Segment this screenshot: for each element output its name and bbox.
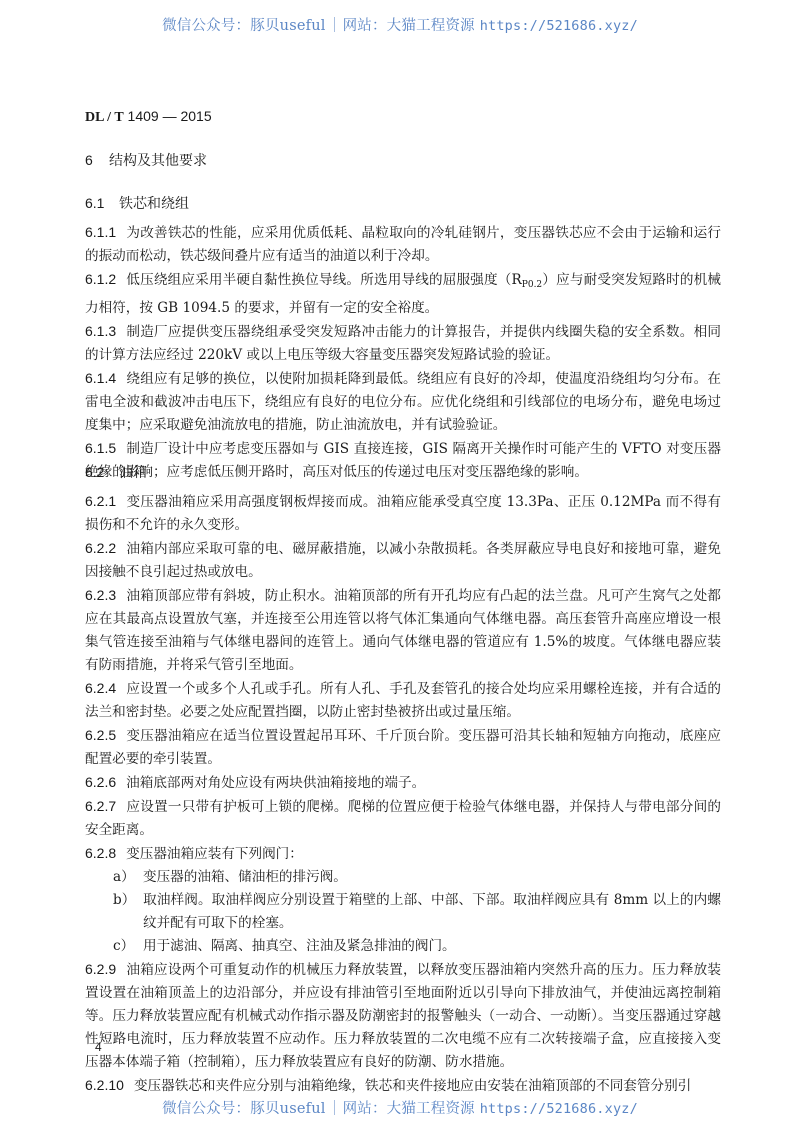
clause-6-2-8: 6.2.8变压器油箱应装有下列阀门： <box>85 842 721 866</box>
section-heading-6-2: 6.2油箱 <box>85 462 147 482</box>
watermark-url: https://521686.xyz/ <box>480 18 638 34</box>
section-title: 结构及其他要求 <box>109 153 207 169</box>
watermark-wechat: 微信公众号：豚贝useful <box>162 18 326 34</box>
document-code-number: 1409 — 2015 <box>128 108 212 124</box>
section-title: 铁芯和绕组 <box>119 196 189 212</box>
clause-text: 油箱底部两对角处应设有两块供油箱接地的端子。 <box>126 775 425 791</box>
clause-text: 油箱应设两个可重复动作的机械压力释放装置，以释放变压器油箱内突然升高的压力。压力… <box>85 962 721 1070</box>
watermark-top: 微信公众号：豚贝useful网站：大猫工程资源 https://521686.x… <box>0 14 800 35</box>
watermark-url: https://521686.xyz/ <box>480 1101 638 1117</box>
clause-number: 6.1.2 <box>85 271 116 287</box>
clause-subscript: P0.2 <box>522 280 542 290</box>
watermark-divider <box>334 1100 335 1115</box>
clause-text: 应设置一个或多个人孔或手孔。所有人孔、手孔及套管孔的接合处均应采用螺栓连接，并有… <box>85 681 721 720</box>
list-item-text: 用于滤油、隔离、抽真空、注油及紧急排油的阀门。 <box>143 938 456 954</box>
clause-number: 6.2.3 <box>85 587 116 603</box>
clause-number: 6.2.2 <box>85 540 116 556</box>
clause-text: 应设置一只带有护板可上锁的爬梯。爬梯的位置应便于检验气体继电器，并保持人与带电部… <box>85 799 721 838</box>
clause-number: 6.2.9 <box>85 961 116 977</box>
clause-number: 6.1.4 <box>85 370 116 386</box>
list-item-b: b）取油样阀。取油样阀应分别设置于箱壁的上部、中部、下部。取油样阀应具有 8mm… <box>85 889 721 935</box>
clause-number: 6.1.5 <box>85 440 116 456</box>
page-number: 4 <box>95 1040 102 1054</box>
clause-text: 制造厂应提供变压器绕组承受突发短路冲击能力的计算报告，并提供内线圈失稳的安全系数… <box>85 324 721 363</box>
section-heading-6-1: 6.1铁芯和绕组 <box>85 193 189 213</box>
watermark-divider <box>334 17 335 32</box>
clause-text: 制造厂设计中应考虑变压器如与 GIS 直接连接，GIS 隔离开关操作时可能产生的… <box>85 441 721 480</box>
section-number: 6.1 <box>85 195 113 211</box>
list-marker: a） <box>113 866 143 889</box>
clause-6-1-5: 6.1.5制造厂设计中应考虑变压器如与 GIS 直接连接，GIS 隔离开关操作时… <box>85 437 721 484</box>
clause-number: 6.2.6 <box>85 774 116 790</box>
list-marker: b） <box>113 889 143 912</box>
clause-number: 6.1.3 <box>85 323 116 339</box>
clause-text: 油箱顶部应带有斜坡，防止积水。油箱顶部的所有开孔均应有凸起的法兰盘。凡可产生窝气… <box>85 588 721 673</box>
section-6-2-body: 6.2.1变压器油箱应采用高强度钢板焊接而成。油箱应能承受真空度 13.3Pa、… <box>85 490 721 1098</box>
document-code: DL / T 1409 — 2015 <box>85 108 212 126</box>
clause-6-2-3: 6.2.3油箱顶部应带有斜坡，防止积水。油箱顶部的所有开孔均应有凸起的法兰盘。凡… <box>85 584 721 677</box>
clause-6-2-4: 6.2.4应设置一个或多个人孔或手孔。所有人孔、手孔及套管孔的接合处均应采用螺栓… <box>85 677 721 724</box>
clause-6-1-4: 6.1.4绕组应有足够的换位，以使附加损耗降到最低。绕组应有良好的冷却，使温度沿… <box>85 367 721 437</box>
clause-text: 绕组应有足够的换位，以使附加损耗降到最低。绕组应有良好的冷却，使温度沿绕组均匀分… <box>85 371 721 433</box>
clause-text: 变压器油箱应在适当位置设置起吊耳环、千斤顶台阶。变压器可沿其长轴和短轴方向拖动，… <box>85 728 721 767</box>
clause-6-1-3: 6.1.3制造厂应提供变压器绕组承受突发短路冲击能力的计算报告，并提供内线圈失稳… <box>85 320 721 367</box>
clause-text: 变压器油箱应装有下列阀门： <box>126 846 303 862</box>
watermark-site: 网站：大猫工程资源 <box>343 18 475 34</box>
watermark-wechat: 微信公众号：豚贝useful <box>162 1101 326 1117</box>
clause-6-2-1: 6.2.1变压器油箱应采用高强度钢板焊接而成。油箱应能承受真空度 13.3Pa、… <box>85 490 721 537</box>
list-item-c: c）用于滤油、隔离、抽真空、注油及紧急排油的阀门。 <box>85 935 721 958</box>
section-title: 油箱 <box>119 465 147 481</box>
list-marker: c） <box>113 935 143 958</box>
section-heading-6: 6结构及其他要求 <box>85 150 207 170</box>
clause-6-2-2: 6.2.2油箱内部应采取可靠的电、磁屏蔽措施，以减小杂散损耗。各类屏蔽应导电良好… <box>85 537 721 584</box>
clause-text: 变压器铁芯和夹件应分别与油箱绝缘，铁芯和夹件接地应由安装在油箱顶部的不同套管分别… <box>134 1078 691 1094</box>
clause-number: 6.2.5 <box>85 727 116 743</box>
clause-number: 6.2.7 <box>85 798 116 814</box>
clause-6-2-10: 6.2.10变压器铁芯和夹件应分别与油箱绝缘，铁芯和夹件接地应由安装在油箱顶部的… <box>85 1074 721 1098</box>
clause-6-2-6: 6.2.6油箱底部两对角处应设有两块供油箱接地的端子。 <box>85 771 721 795</box>
clause-number: 6.1.1 <box>85 224 116 240</box>
clause-6-1-2: 6.1.2低压绕组应采用半硬自黏性换位导线。所选用导线的屈服强度（RP0.2）应… <box>85 268 721 320</box>
document-code-prefix: DL / T <box>85 110 124 125</box>
clause-number: 6.2.1 <box>85 493 116 509</box>
list-item-a: a）变压器的油箱、储油柜的排污阀。 <box>85 866 721 889</box>
clause-6-1-1: 6.1.1为改善铁芯的性能，应采用优质低耗、晶粒取向的冷轧硅钢片，变压器铁芯应不… <box>85 221 721 268</box>
clause-6-2-5: 6.2.5变压器油箱应在适当位置设置起吊耳环、千斤顶台阶。变压器可沿其长轴和短轴… <box>85 724 721 771</box>
clause-text: 低压绕组应采用半硬自黏性换位导线。所选用导线的屈服强度（R <box>126 272 522 288</box>
clause-text: 变压器油箱应采用高强度钢板焊接而成。油箱应能承受真空度 13.3Pa、正压 0.… <box>85 494 721 533</box>
clause-text: 油箱内部应采取可靠的电、磁屏蔽措施，以减小杂散损耗。各类屏蔽应导电良好和接地可靠… <box>85 541 721 580</box>
section-number: 6.2 <box>85 464 113 480</box>
clause-number: 6.2.4 <box>85 680 116 696</box>
watermark-bottom: 微信公众号：豚贝useful网站：大猫工程资源 https://521686.x… <box>0 1097 800 1118</box>
section-number: 6 <box>85 152 103 168</box>
clause-6-2-9: 6.2.9油箱应设两个可重复动作的机械压力释放装置，以释放变压器油箱内突然升高的… <box>85 958 721 1074</box>
clause-number: 6.2.8 <box>85 845 116 861</box>
watermark-site: 网站：大猫工程资源 <box>343 1101 475 1117</box>
clause-6-2-7: 6.2.7应设置一只带有护板可上锁的爬梯。爬梯的位置应便于检验气体继电器，并保持… <box>85 795 721 842</box>
section-6-1-body: 6.1.1为改善铁芯的性能，应采用优质低耗、晶粒取向的冷轧硅钢片，变压器铁芯应不… <box>85 221 721 484</box>
list-item-text: 变压器的油箱、储油柜的排污阀。 <box>143 869 347 885</box>
clause-number: 6.2.10 <box>85 1077 124 1093</box>
clause-text: 为改善铁芯的性能，应采用优质低耗、晶粒取向的冷轧硅钢片，变压器铁芯应不会由于运输… <box>85 225 721 264</box>
list-item-text: 取油样阀。取油样阀应分别设置于箱壁的上部、中部、下部。取油样阀应具有 8mm 以… <box>143 892 721 931</box>
